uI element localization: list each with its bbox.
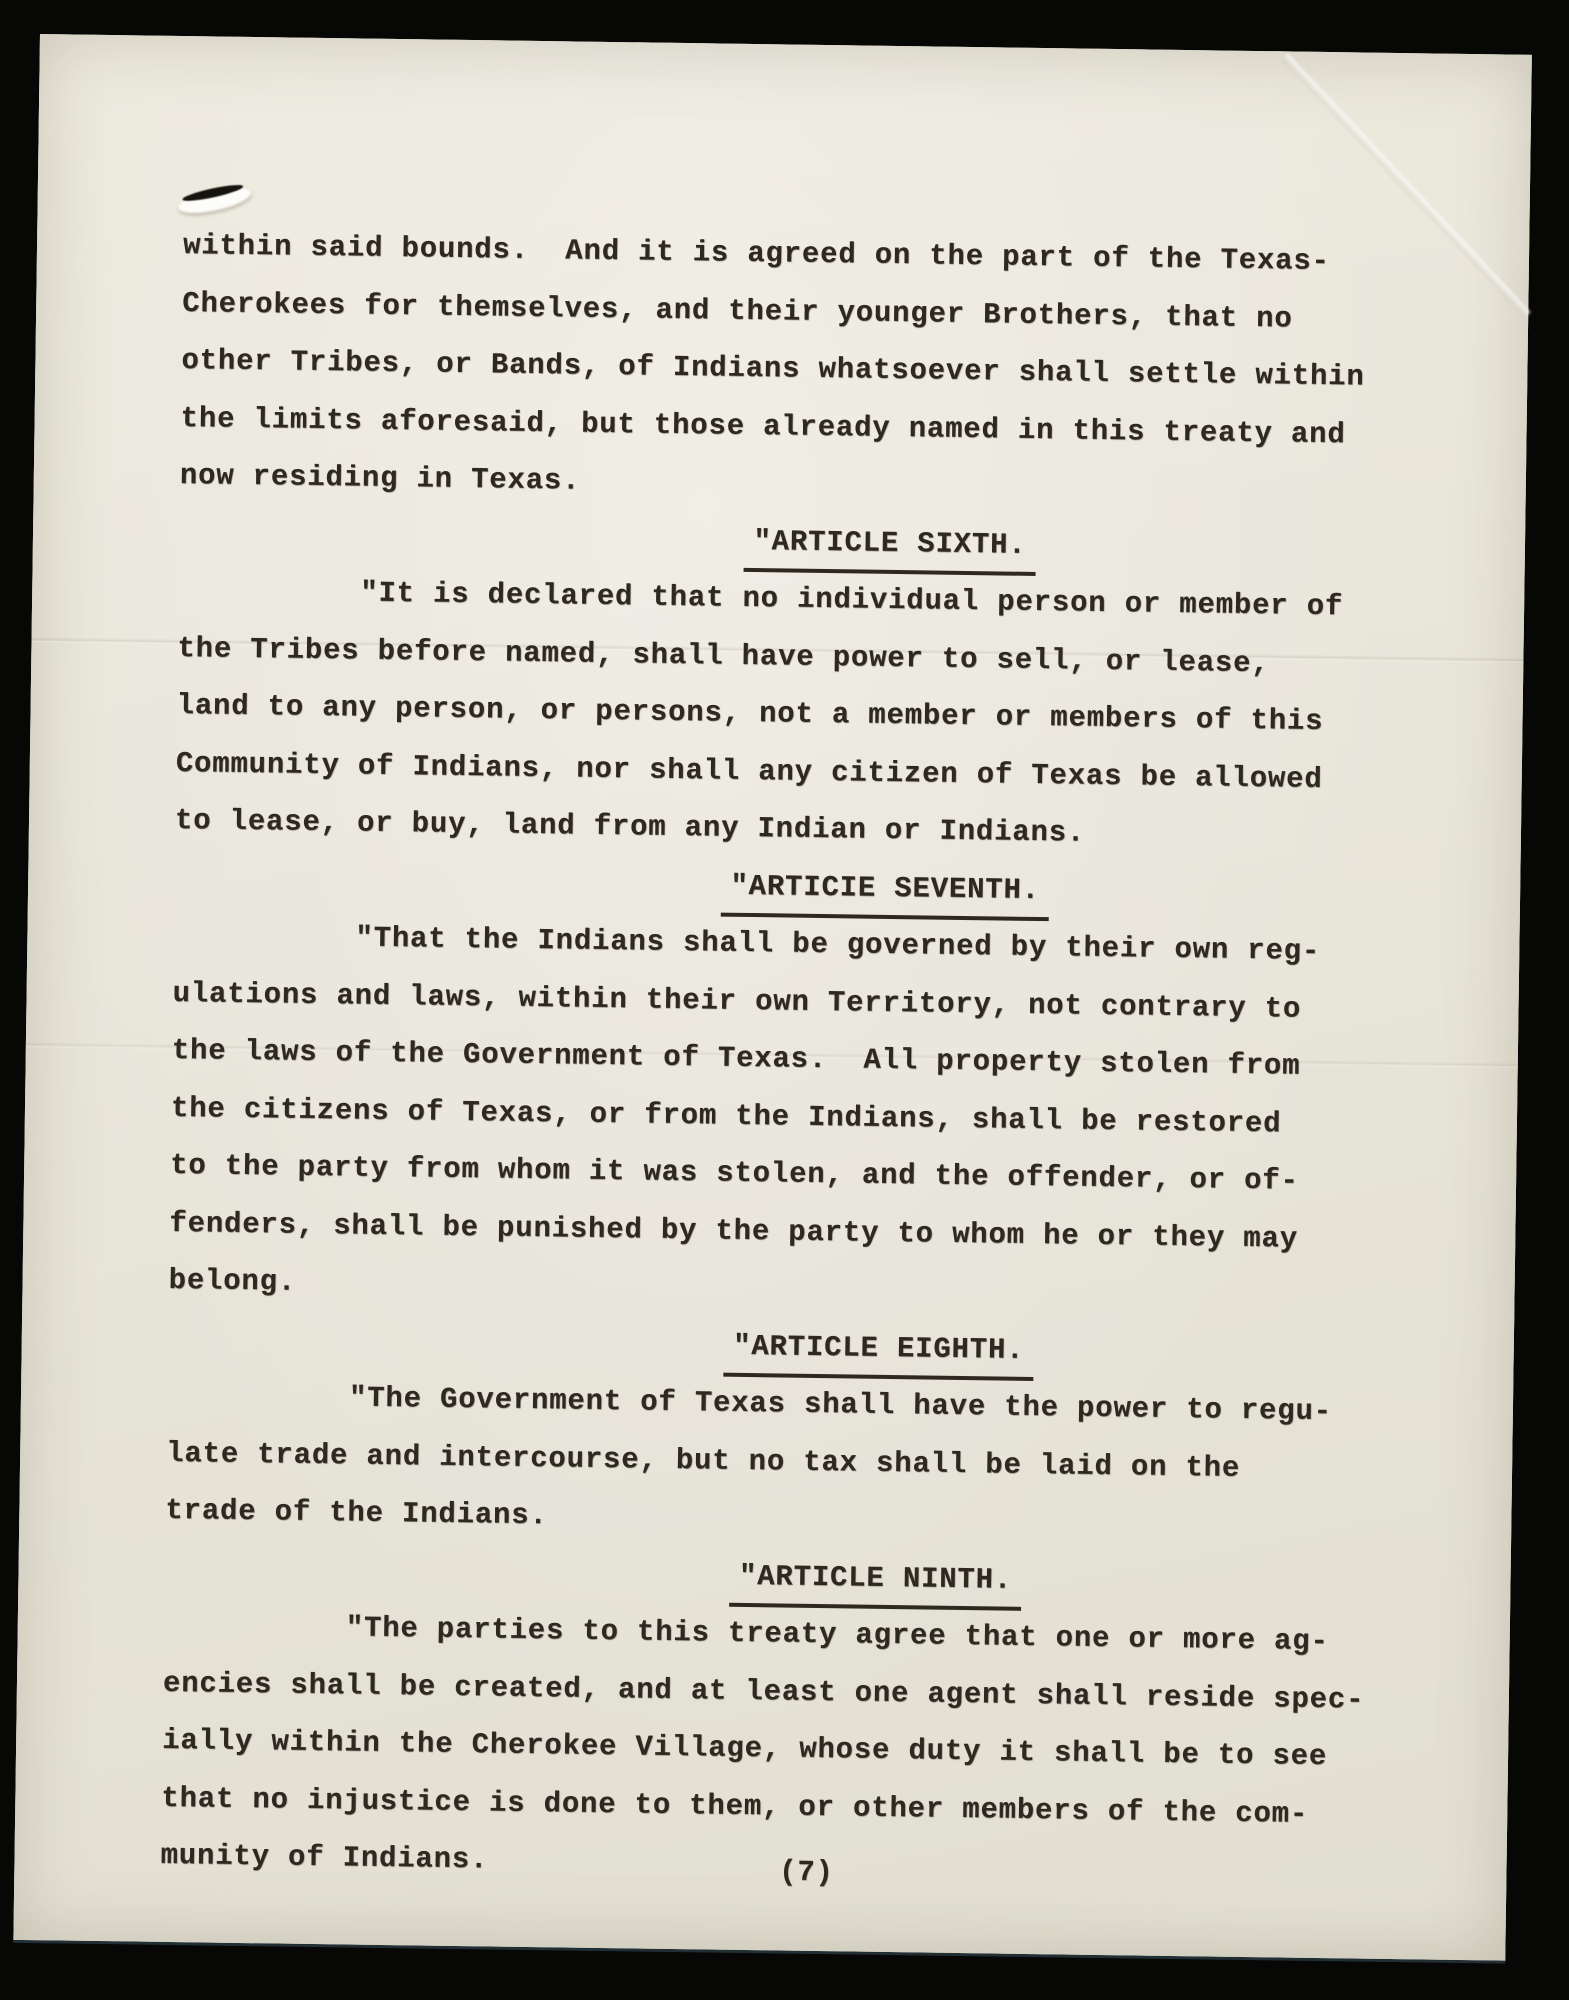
scan-background: within said bounds. And it is agreed on … (0, 0, 1569, 2000)
typewritten-text-column: within said bounds. And it is agreed on … (160, 217, 1489, 1903)
document-page: within said bounds. And it is agreed on … (13, 34, 1531, 1961)
article-heading-text: "ARTICLE SIXTH. (744, 516, 1036, 575)
article-heading-text: "ARTICIE SEVENTH. (721, 861, 1049, 921)
article-heading-text: "ARTICLE NINTH. (730, 1551, 1022, 1610)
paper-slit-tear (176, 182, 256, 213)
article-heading-text: "ARTICLE EIGHTH. (724, 1321, 1034, 1380)
